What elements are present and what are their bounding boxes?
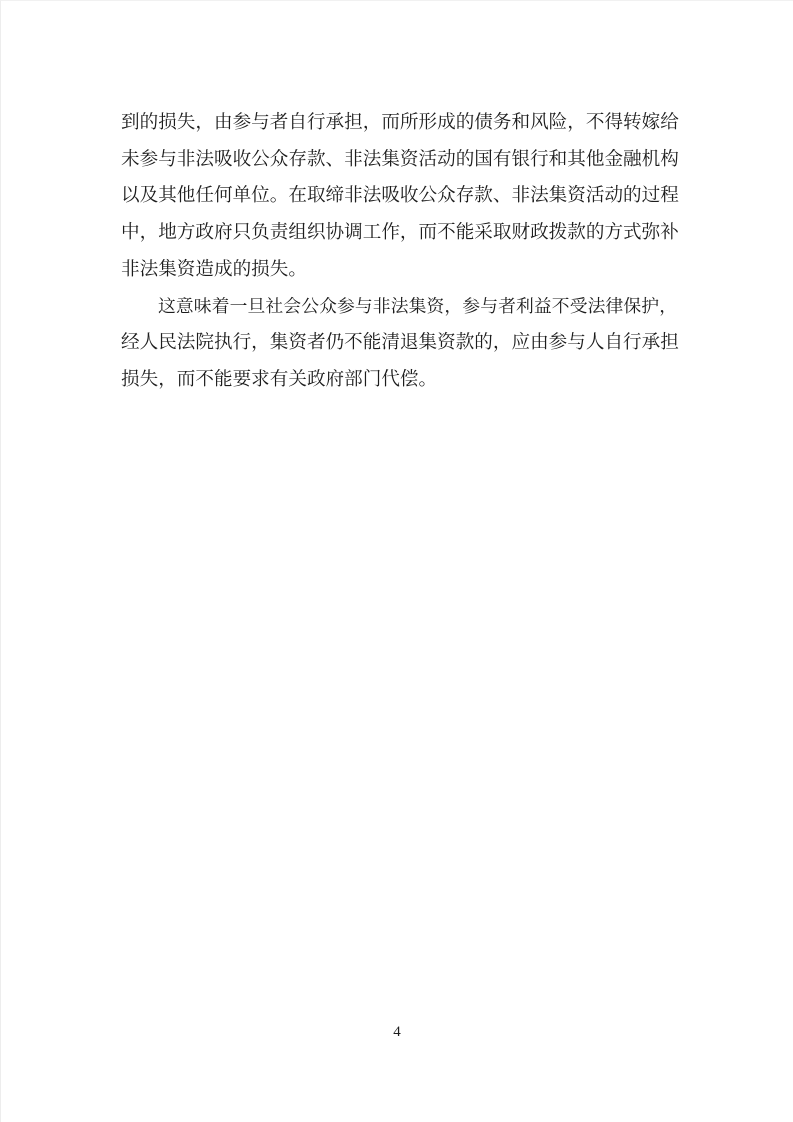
page-footer: 4 [1, 1022, 793, 1042]
paragraph-2: 这意味着一旦社会公众参与非法集资，参与者利益不受法律保护， 经人民法院执行，集资… [121, 288, 677, 398]
document-page: 到的损失，由参与者自行承担，而所形成的债务和风险，不得转嫁给 未参与非法吸收公众… [0, 0, 793, 1122]
text-line: 经人民法院执行，集资者仍不能清退集资款的，应由参与人自行承担 [121, 325, 677, 362]
text-line: 这意味着一旦社会公众参与非法集资，参与者利益不受法律保护， [121, 288, 677, 325]
body-text: 到的损失，由参与者自行承担，而所形成的债务和风险，不得转嫁给 未参与非法吸收公众… [121, 105, 677, 399]
text-line: 到的损失，由参与者自行承担，而所形成的债务和风险，不得转嫁给 [121, 105, 677, 142]
paragraph-1: 到的损失，由参与者自行承担，而所形成的债务和风险，不得转嫁给 未参与非法吸收公众… [121, 105, 677, 288]
text-line: 损失，而不能要求有关政府部门代偿。 [121, 362, 677, 399]
text-line: 非法集资造成的损失。 [121, 252, 677, 289]
text-line: 以及其他任何单位。在取缔非法吸收公众存款、非法集资活动的过程 [121, 178, 677, 215]
text-line: 中，地方政府只负责组织协调工作，而不能采取财政拨款的方式弥补 [121, 215, 677, 252]
page-number: 4 [393, 1022, 401, 1042]
text-line: 未参与非法吸收公众存款、非法集资活动的国有银行和其他金融机构 [121, 142, 677, 179]
